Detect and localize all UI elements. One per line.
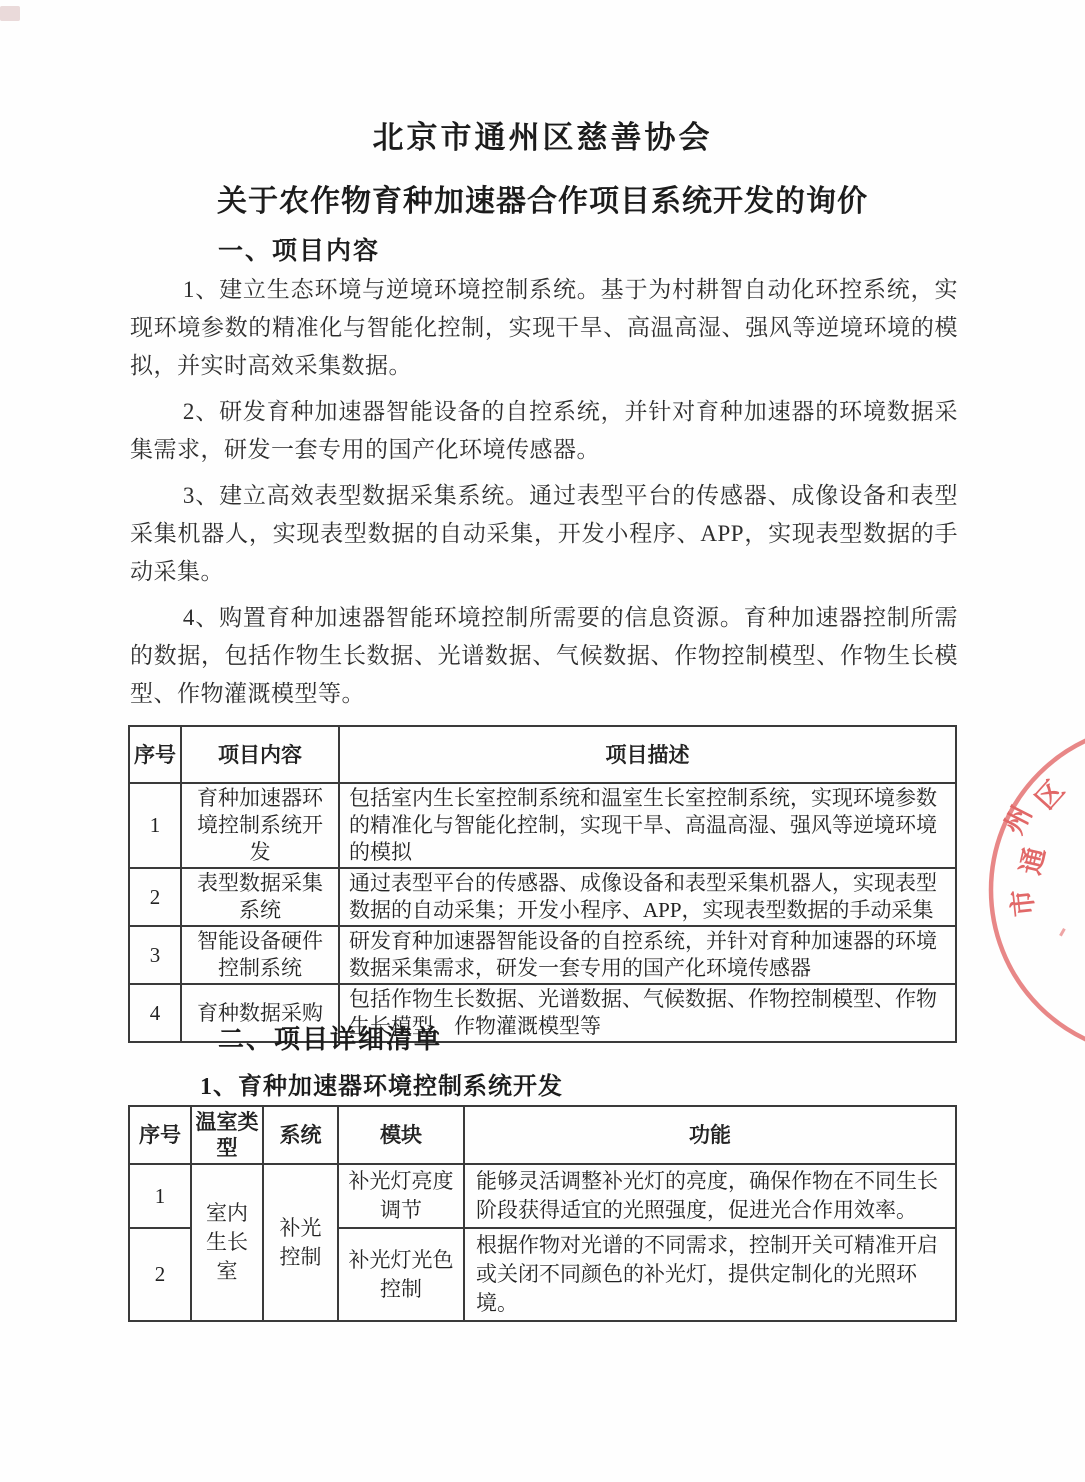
detail-table-header-row: 序号 温室类型 系统 模块 功能 bbox=[129, 1106, 956, 1164]
detail-row1-module: 补光灯亮度调节 bbox=[338, 1164, 464, 1228]
summary-table-row-3: 3 智能设备硬件控制系统 研发育种加速器智能设备的自控系统，并针对育种加速器的环… bbox=[129, 926, 956, 984]
summary-table-row-2: 2 表型数据采集系统 通过表型平台的传感器、成像设备和表型采集机器人，实现表型数… bbox=[129, 868, 956, 926]
detail-header-system: 系统 bbox=[263, 1106, 338, 1164]
document-page: 北京市通州区慈善协会 关于农作物育种加速器合作项目系统开发的询价 一、项目内容 … bbox=[0, 0, 1085, 1482]
row2-description: 通过表型平台的传感器、成像设备和表型采集机器人，实现表型数据的自动采集；开发小程… bbox=[339, 868, 956, 926]
official-stamp: 区 州 通 市 bbox=[958, 718, 1085, 1053]
detail-table: 序号 温室类型 系统 模块 功能 1 室内生长室 补光控制 补光灯亮度调节 能够… bbox=[128, 1105, 957, 1322]
stamp-char-zhou: 州 bbox=[999, 801, 1038, 839]
section2-subheading: 1、育种加速器环境控制系统开发 bbox=[200, 1066, 563, 1101]
row1-no: 1 bbox=[129, 783, 181, 868]
detail-greenhouse-type-cell: 室内生长室 bbox=[191, 1164, 263, 1321]
row1-content: 育种加速器环境控制系统开发 bbox=[181, 783, 339, 868]
summary-header-no: 序号 bbox=[129, 726, 181, 783]
row2-content: 表型数据采集系统 bbox=[181, 868, 339, 926]
project-summary-table: 序号 项目内容 项目描述 1 育种加速器环境控制系统开发 包括室内生长室控制系统… bbox=[128, 725, 957, 1043]
row2-no: 2 bbox=[129, 868, 181, 926]
paragraph-4: 4、购置育种加速器智能环境控制所需要的信息资源。育种加速器控制所需的数据，包括作… bbox=[130, 599, 958, 713]
row4-no: 4 bbox=[129, 984, 181, 1042]
summary-header-content: 项目内容 bbox=[181, 726, 339, 783]
detail-row2-no: 2 bbox=[129, 1228, 191, 1321]
detail-row2-function: 根据作物对光谱的不同需求，控制开关可精准开启或关闭不同颜色的补光灯，提供定制化的… bbox=[464, 1228, 956, 1321]
summary-table-header-row: 序号 项目内容 项目描述 bbox=[129, 726, 956, 783]
row3-no: 3 bbox=[129, 926, 181, 984]
row3-description: 研发育种加速器智能设备的自控系统，并针对育种加速器的环境数据采集需求，研发一套专… bbox=[339, 926, 956, 984]
paragraph-3: 3、建立高效表型数据采集系统。通过表型平台的传感器、成像设备和表型采集机器人，实… bbox=[130, 477, 958, 591]
detail-header-module: 模块 bbox=[338, 1106, 464, 1164]
detail-system-cell: 补光控制 bbox=[263, 1164, 338, 1321]
document-title: 北京市通州区慈善协会 bbox=[0, 112, 1085, 157]
paragraph-2: 2、研发育种加速器智能设备的自控系统，并针对育种加速器的环境数据采集需求，研发一… bbox=[130, 393, 958, 469]
row1-description: 包括室内生长室控制系统和温室生长室控制系统，实现环境参数的精准化与智能化控制，实… bbox=[339, 783, 956, 868]
section1-heading: 一、项目内容 bbox=[218, 231, 380, 267]
detail-row2-module: 补光灯光色控制 bbox=[338, 1228, 464, 1321]
paragraph-1: 1、建立生态环境与逆境环境控制系统。基于为村耕智自动化环控系统，实现环境参数的精… bbox=[130, 271, 958, 385]
detail-header-greenhouse-type: 温室类型 bbox=[191, 1106, 263, 1164]
document-subtitle: 关于农作物育种加速器合作项目系统开发的询价 bbox=[0, 176, 1085, 220]
detail-header-no: 序号 bbox=[129, 1106, 191, 1164]
row3-content: 智能设备硬件控制系统 bbox=[181, 926, 339, 984]
stamp-char-shi: 市 bbox=[1007, 888, 1040, 918]
detail-row1-no: 1 bbox=[129, 1164, 191, 1228]
summary-header-description: 项目描述 bbox=[339, 726, 956, 783]
stamp-ink-speck bbox=[1059, 928, 1066, 936]
detail-table-row-1: 1 室内生长室 补光控制 补光灯亮度调节 能够灵活调整补光灯的亮度，确保作物在不… bbox=[129, 1164, 956, 1228]
detail-header-function: 功能 bbox=[464, 1106, 956, 1164]
detail-row1-function: 能够灵活调整补光灯的亮度，确保作物在不同生长阶段获得适宜的光照强度，促进光合作用… bbox=[464, 1164, 956, 1228]
summary-table-row-1: 1 育种加速器环境控制系统开发 包括室内生长室控制系统和温室生长室控制系统，实现… bbox=[129, 783, 956, 868]
stamp-circle bbox=[991, 725, 1085, 1053]
section2-heading: 二、项目详细清单 bbox=[218, 1019, 442, 1056]
section1-body: 1、建立生态环境与逆境环境控制系统。基于为村耕智自动化环控系统，实现环境参数的精… bbox=[130, 271, 958, 721]
stamp-char-qu: 区 bbox=[1030, 775, 1070, 815]
scan-artifact bbox=[0, 6, 20, 21]
stamp-char-tong: 通 bbox=[1015, 844, 1050, 877]
